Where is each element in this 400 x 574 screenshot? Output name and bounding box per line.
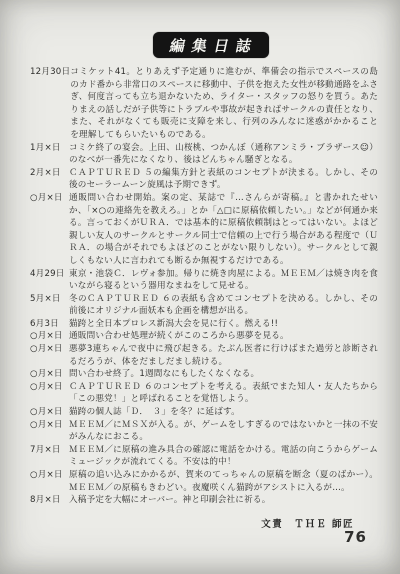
entry-date: 1月×日 bbox=[30, 142, 69, 167]
entry-text: 東京・池袋Ｃ．レヴォ参加。帰りに焼き肉屋による。ＭＥＥＭ／は焼き肉を食いながら寝… bbox=[69, 268, 378, 293]
journal-entries: 12月30日コミケット41。とりあえず予定通りに進むが、準備会の指示でスペースの… bbox=[30, 66, 378, 507]
journal-entry: 8月×日入稿予定を大幅にオーバー。神と印刷会社に祈る。 bbox=[30, 494, 378, 507]
entry-date: 8月×日 bbox=[30, 494, 69, 507]
entry-date: ○月×日 bbox=[30, 469, 69, 494]
entry-date: ○月×日 bbox=[30, 368, 69, 381]
entry-date: 6月3日 bbox=[30, 318, 69, 331]
journal-entry: ○月×日ＭＥＥＭ／にＭＳＸが入る。が、ゲームをしすぎるのではないかと一抹の不安が… bbox=[30, 419, 378, 444]
entry-date: ○月×日 bbox=[30, 192, 69, 268]
journal-entry: 5月×日冬のＣＡＰＴＵＲＥＤ ６の表紙も含めてコンセプトを決める。しかし、その前… bbox=[30, 293, 378, 318]
page-title: 編集日誌 bbox=[153, 32, 269, 58]
entry-date: ○月×日 bbox=[30, 406, 69, 419]
entry-date: 2月×日 bbox=[30, 167, 69, 192]
entry-text: 通販問い合わせ処理が続くがこのころから悪夢を見る。 bbox=[69, 330, 378, 343]
entry-text: ＣＡＰＴＵＲＥＤ ５の編集方針と表紙のコンセプトが決まる。しかし、その後のセーラ… bbox=[69, 167, 378, 192]
journal-entry: ○月×日ＣＡＰＴＵＲＥＤ ６のコンセプトを考える。表紙でまた知人・友人たちから「… bbox=[30, 381, 378, 406]
journal-entry: ○月×日問い合わせ終了。1週間なにもしたくなくなる。 bbox=[30, 368, 378, 381]
journal-entry: ○月×日通販問い合わせ処理が続くがこのころから悪夢を見る。 bbox=[30, 330, 378, 343]
entry-text: 通販問い合わせ開始。案の定、某誌で『…さんらが寄稿。』と書かれたせいか、「×○の… bbox=[69, 192, 378, 268]
entry-text: ＭＥＥＭ／にＭＳＸが入る。が、ゲームをしすぎるのではないかと一抹の不安がみんなに… bbox=[69, 419, 378, 444]
entry-text: 悪夢3連ちゃんで夜中に飛び起きる。たぶん医者に行けばまた過労と診断されるだろうが… bbox=[69, 343, 378, 368]
page-title-text: 編集日誌 bbox=[161, 35, 260, 56]
journal-entry: 7月×日ＭＥＥＭ／に原稿の進み具合の確認に電話をかける。電話の向こうからゲームミ… bbox=[30, 444, 378, 469]
journal-entry: ○月×日通販問い合わせ開始。案の定、某誌で『…さんらが寄稿。』と書かれたせいか、… bbox=[30, 192, 378, 268]
journal-entry: 4月29日東京・池袋Ｃ．レヴォ参加。帰りに焼き肉屋による。ＭＥＥＭ／は焼き肉を食… bbox=[30, 268, 378, 293]
entry-date: 4月29日 bbox=[30, 268, 69, 293]
entry-date: ○月×日 bbox=[30, 330, 69, 343]
entry-text: ＭＥＥＭ／に原稿の進み具合の確認に電話をかける。電話の向こうからゲームミュージッ… bbox=[69, 444, 378, 469]
entry-text: 猫跨と全日本プロレス新潟大会を見に行く。燃える!! bbox=[69, 318, 378, 331]
entry-text: 冬のＣＡＰＴＵＲＥＤ ６の表紙も含めてコンセプトを決める。しかし、その前後にオリ… bbox=[69, 293, 378, 318]
entry-text: コミケット41。とりあえず予定通りに進むが、準備会の指示でスペースの島のカド番か… bbox=[70, 66, 378, 142]
credit-line: 文責 ＴＨＥ 師匠 bbox=[261, 516, 354, 530]
entry-date: 5月×日 bbox=[30, 293, 69, 318]
journal-entry: ○月×日猫跨の個人誌「Ｄ． ３」を冬？に延ばす。 bbox=[30, 406, 378, 419]
page-number: 76 bbox=[344, 528, 367, 546]
entry-text: 問い合わせ終了。1週間なにもしたくなくなる。 bbox=[69, 368, 378, 381]
entry-text: ＣＡＰＴＵＲＥＤ ６のコンセプトを考える。表紙でまた知人・友人たちから「この悪党… bbox=[69, 381, 378, 406]
entry-text: 原稿の追い込みにかかるが、賀来のてっちゃんの原稿を断念（夏のばかー）。ＭＥＥＭ／… bbox=[69, 469, 378, 494]
entry-date: 7月×日 bbox=[30, 444, 69, 469]
entry-date: ○月×日 bbox=[30, 381, 69, 406]
scanned-page: 編集日誌 12月30日コミケット41。とりあえず予定通りに進むが、準備会の指示で… bbox=[0, 0, 400, 574]
journal-entry: ○月×日悪夢3連ちゃんで夜中に飛び起きる。たぶん医者に行けばまた過労と診断される… bbox=[30, 343, 378, 368]
journal-entry: 12月30日コミケット41。とりあえず予定通りに進むが、準備会の指示でスペースの… bbox=[30, 66, 378, 142]
entry-date: 12月30日 bbox=[30, 66, 70, 142]
entry-text: 入稿予定を大幅にオーバー。神と印刷会社に祈る。 bbox=[69, 494, 378, 507]
entry-date: ○月×日 bbox=[30, 343, 69, 368]
entry-text: 猫跨の個人誌「Ｄ． ３」を冬？に延ばす。 bbox=[69, 406, 378, 419]
entry-date: ○月×日 bbox=[30, 419, 69, 444]
journal-entry: 6月3日猫跨と全日本プロレス新潟大会を見に行く。燃える!! bbox=[30, 318, 378, 331]
journal-entry: ○月×日原稿の追い込みにかかるが、賀来のてっちゃんの原稿を断念（夏のばかー）。Ｍ… bbox=[30, 469, 378, 494]
journal-entry: 1月×日コミケ終了の宴会。上田、山桜桃、つかんぼ（通称アンミラ・ブラザース☺）の… bbox=[30, 142, 378, 167]
journal-entry: 2月×日ＣＡＰＴＵＲＥＤ ５の編集方針と表紙のコンセプトが決まる。しかし、その後… bbox=[30, 167, 378, 192]
entry-text: コミケ終了の宴会。上田、山桜桃、つかんぼ（通称アンミラ・ブラザース☺）のなべが一… bbox=[69, 142, 378, 167]
